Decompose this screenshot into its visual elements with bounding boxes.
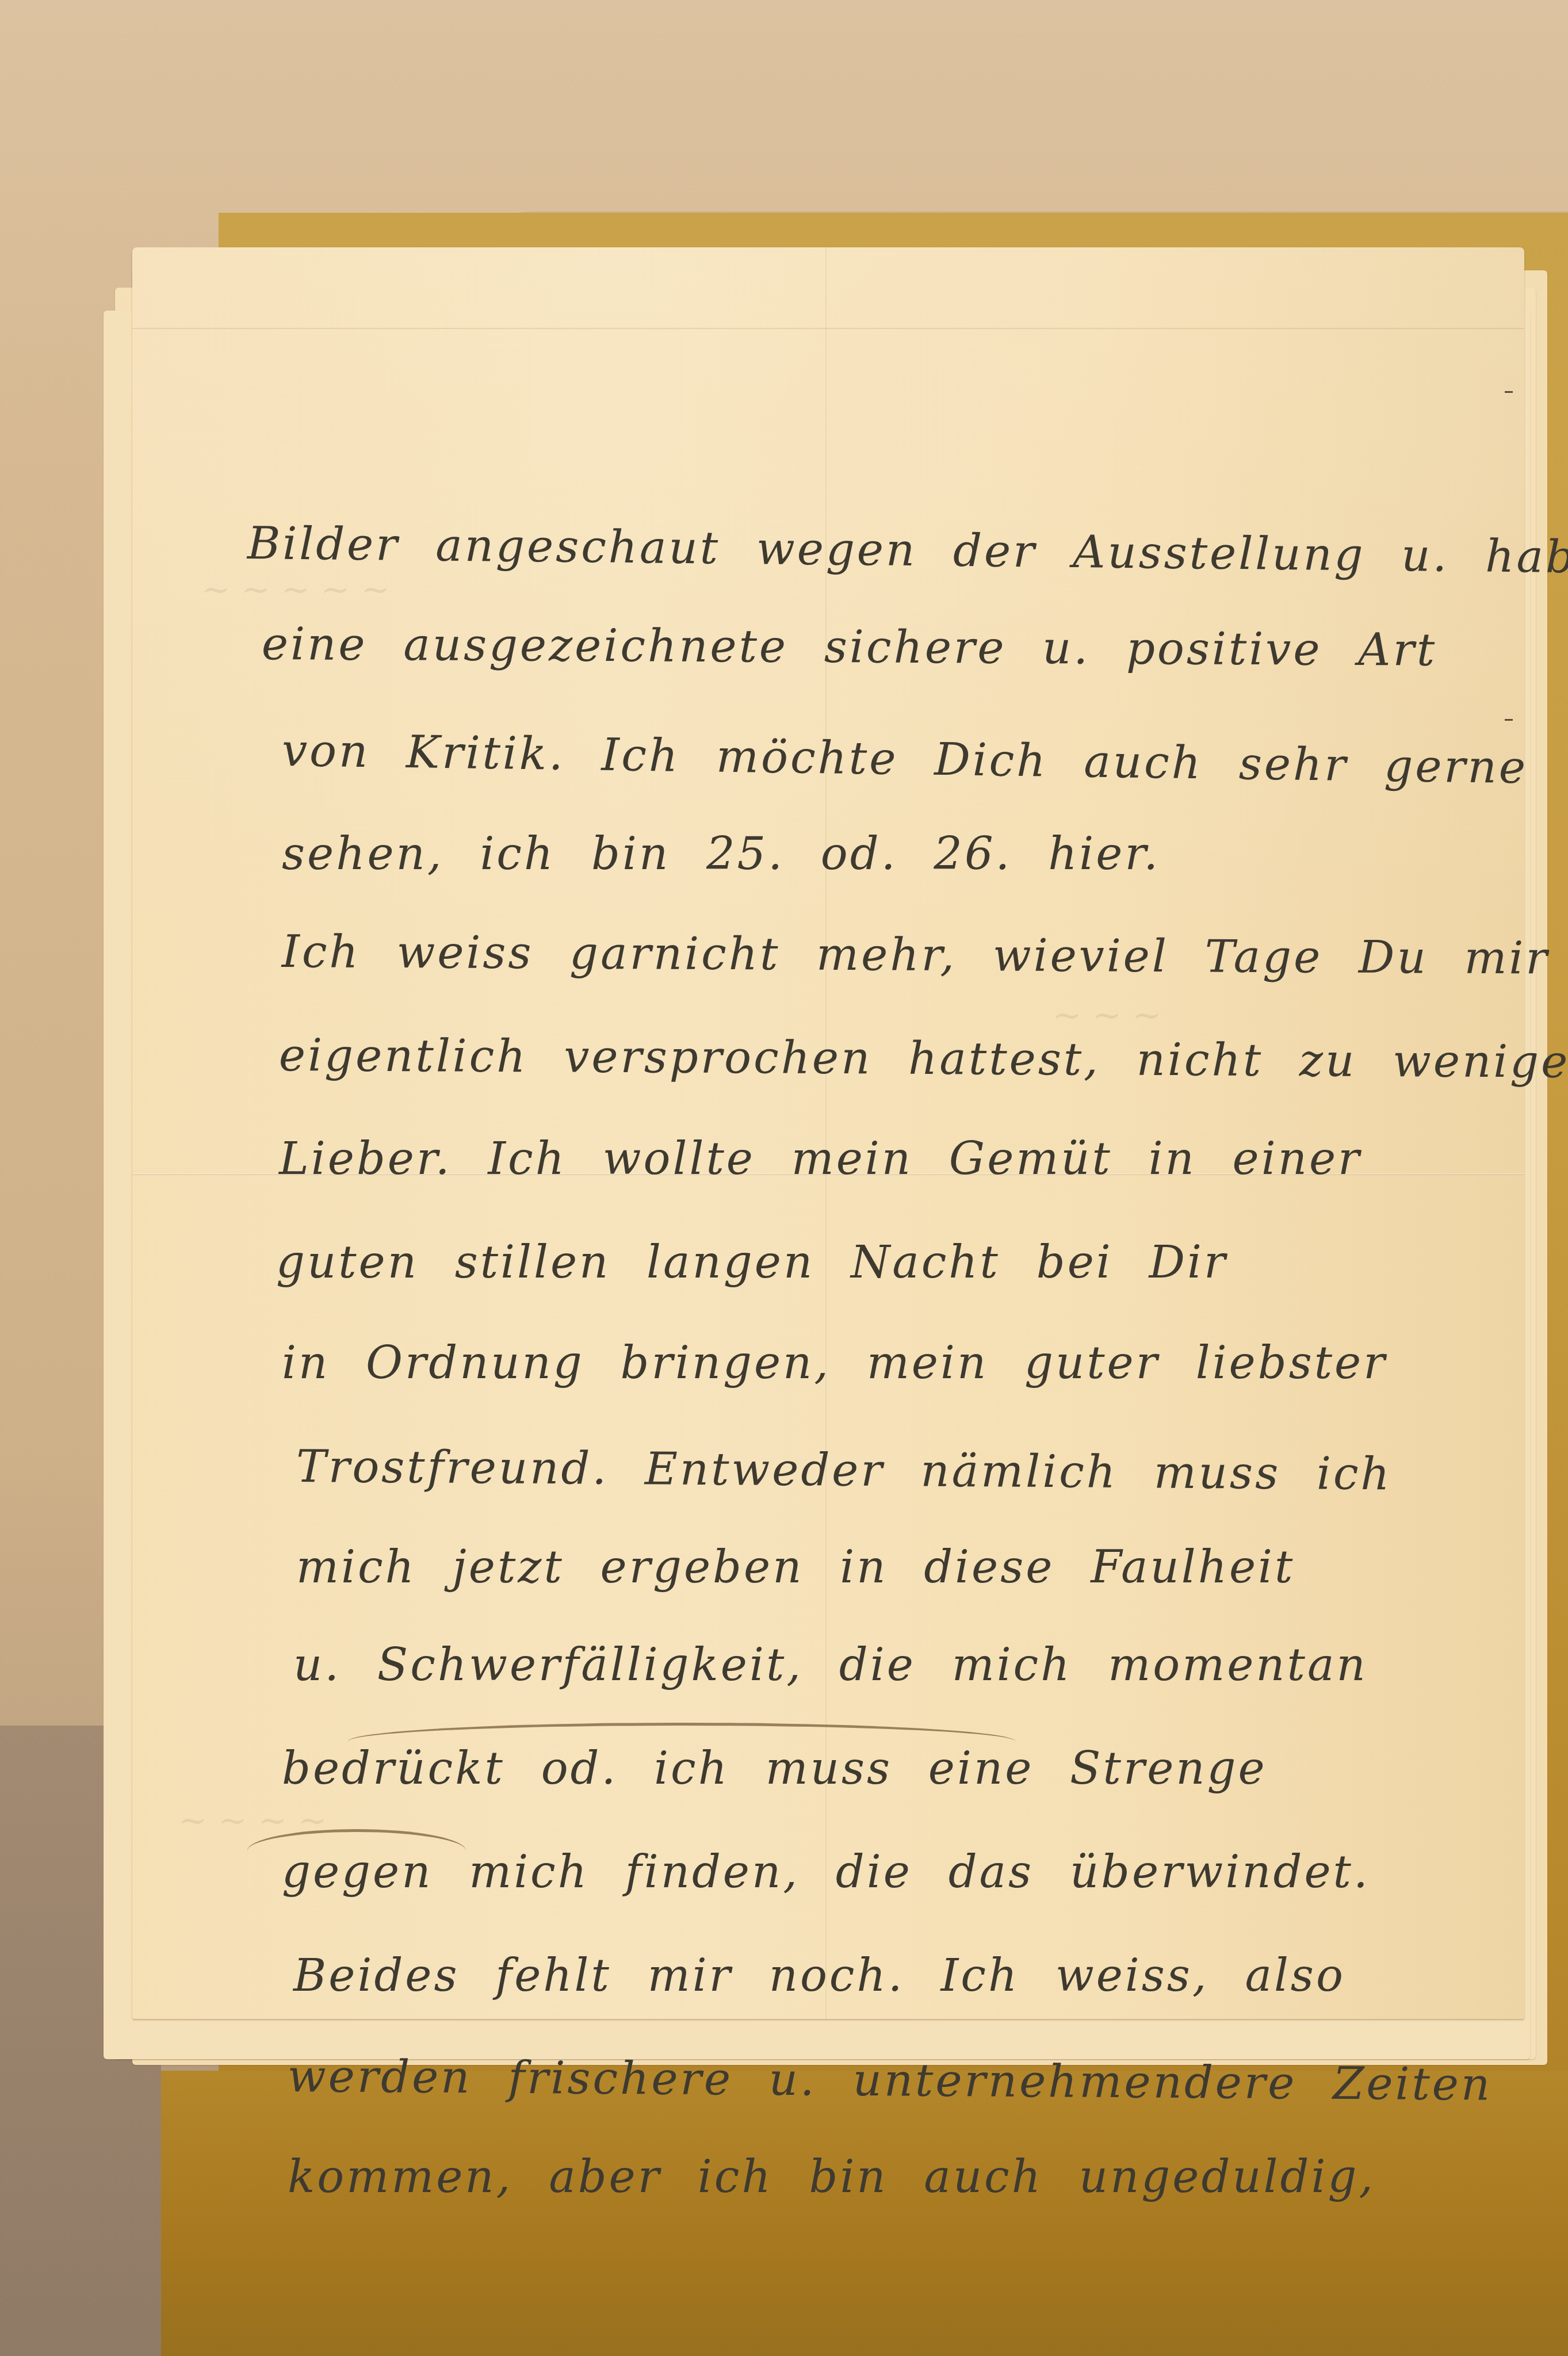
bleed-through-text: ~ ~ ~ ~ ~ xyxy=(201,569,390,610)
handwritten-line: Bilder angeschaut wegen der Ausstellung … xyxy=(247,518,1568,584)
handwritten-line: sehen, ich bin 25. od. 26. hier. xyxy=(282,828,1160,880)
handwritten-line: werden frischere u. unternehmendere Zeit… xyxy=(288,2051,1493,2111)
handwritten-line: guten stillen langen Nacht bei Dir xyxy=(276,1237,1227,1288)
handwritten-line: Lieber. Ich wollte mein Gemüt in einer xyxy=(279,1133,1362,1185)
handwritten-line: Trostfreund. Entweder nämlich muss ich xyxy=(296,1441,1392,1500)
pencil-underline-stroke xyxy=(348,1723,1015,1760)
edge-mark xyxy=(1505,719,1513,721)
handwritten-line: Ich weiss garnicht mehr, wieviel Tage Du… xyxy=(282,926,1550,985)
edge-mark xyxy=(1505,391,1513,393)
handwritten-line: kommen, aber ich bin auch ungeduldig, xyxy=(288,2151,1375,2203)
handwritten-line: Beides fehlt mir noch. Ich weiss, also xyxy=(293,1950,1345,2002)
handwritten-line: eine ausgezeichnete sichere u. positive … xyxy=(262,618,1437,676)
pencil-underline-stroke xyxy=(247,1829,466,1872)
letter-page: ~ ~ ~ ~ ~ ~ ~ ~ ~ ~ ~ ~ Bilder angeschau… xyxy=(132,247,1524,2019)
handwritten-line: mich jetzt ergeben in diese Faulheit xyxy=(296,1542,1295,1593)
handwritten-line: in Ordnung bringen, mein guter liebster xyxy=(282,1337,1387,1389)
bleed-through-text: ~ ~ ~ xyxy=(1053,995,1161,1035)
page-top-crease xyxy=(132,328,1524,329)
archive-folder-lower xyxy=(161,2071,1568,2356)
handwritten-line: u. Schwerfälligkeit, die mich momentan xyxy=(293,1639,1368,1691)
handwritten-line: von Kritik. Ich möchte Dich auch sehr ge… xyxy=(281,725,1528,794)
handwritten-line: eigentlich versprochen hattest, nicht zu… xyxy=(279,1030,1568,1088)
